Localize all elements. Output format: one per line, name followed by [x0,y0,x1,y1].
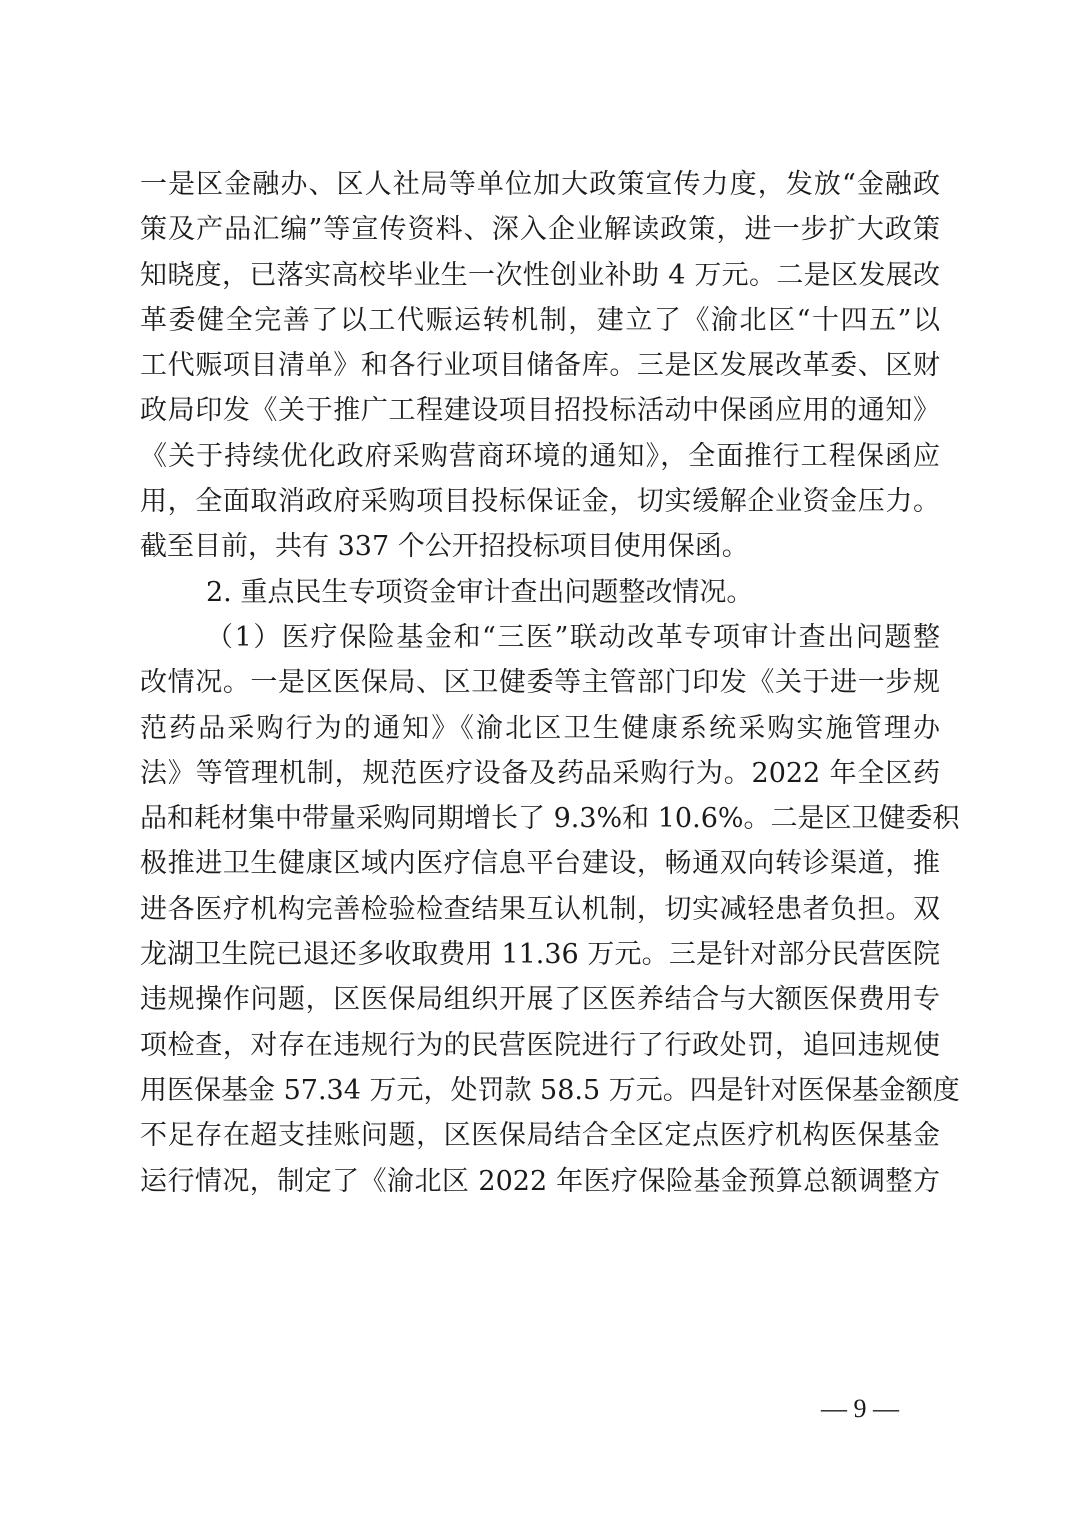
text-line: 改情况。一是区医保局、区卫健委等主管部门印发《关于进一步规 [140,660,940,705]
text-line: 范药品采购行为的通知》《渝北区卫生健康系统采购实施管理办 [140,706,940,751]
text-line: 政局印发《关于推广工程建设项目招投标活动中保函应用的通知》 [140,388,940,433]
page-number: — 9 — [800,1392,920,1426]
text-line: 项检查，对存在违规行为的民营医院进行了行政处罚，追回违规使 [140,1023,940,1068]
section-heading: 2. 重点民生专项资金审计查出问题整改情况。 [140,570,940,615]
text-line: 法》等管理机制，规范医疗设备及药品采购行为。2022 年全区药 [140,751,940,796]
text-line: 策及产品汇编”等宣传资料、深入企业解读政策，进一步扩大政策 [140,207,940,252]
text-line: 工代赈项目清单》和各行业项目储备库。三是区发展改革委、区财 [140,343,940,388]
document-page: 一是区金融办、区人社局等单位加大政策宣传力度，发放“金融政 策及产品汇编”等宣传… [0,0,1074,1520]
text-line: 革委健全完善了以工代赈运转机制，建立了《渝北区“十四五”以 [140,298,940,343]
text-line: 龙湖卫生院已退还多收取费用 11.36 万元。三是针对部分民营医院 [140,932,940,977]
text-line: 违规操作问题，区医保局组织开展了区医养结合与大额医保费用专 [140,977,940,1022]
text-line: 进各医疗机构完善检验检查结果互认机制，切实减轻患者负担。双 [140,887,940,932]
text-line: 极推进卫生健康区域内医疗信息平台建设，畅通双向转诊渠道，推 [140,841,940,886]
text-line: 一是区金融办、区人社局等单位加大政策宣传力度，发放“金融政 [140,162,940,207]
text-line: 品和耗材集中带量采购同期增长了 9.3%和 10.6%。二是区卫健委积 [140,796,940,841]
text-line: 知晓度，已落实高校毕业生一次性创业补助 4 万元。二是区发展改 [140,253,940,298]
text-line: 用，全面取消政府采购项目投标保证金，切实缓解企业资金压力。 [140,479,940,524]
text-line: 《关于持续优化政府采购营商环境的通知》，全面推行工程保函应 [140,434,940,479]
text-line: 截至目前，共有 337 个公开招投标项目使用保函。 [140,524,940,569]
subsection-heading: （1）医疗保险基金和“三医”联动改革专项审计查出问题整 [140,615,940,660]
text-line: 用医保基金 57.34 万元，处罚款 58.5 万元。四是针对医保基金额度 [140,1068,940,1113]
body-text: 一是区金融办、区人社局等单位加大政策宣传力度，发放“金融政 策及产品汇编”等宣传… [140,162,940,1204]
text-line: 不足存在超支挂账问题，区医保局结合全区定点医疗机构医保基金 [140,1113,940,1158]
text-line: 运行情况，制定了《渝北区 2022 年医疗保险基金预算总额调整方 [140,1159,940,1204]
